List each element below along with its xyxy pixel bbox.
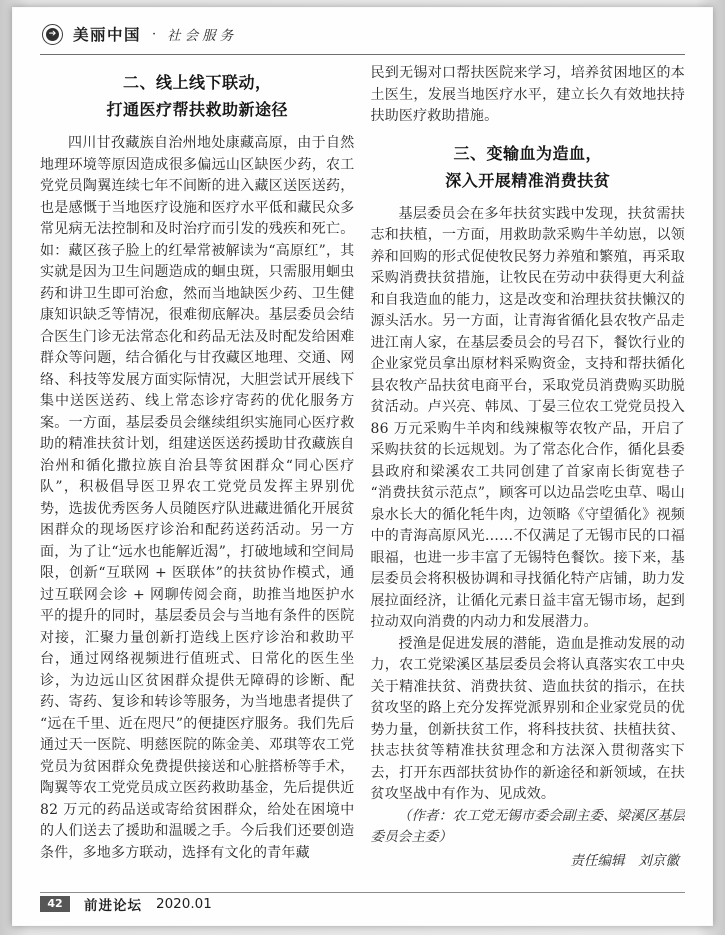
article-body: 二、线上线下联动， 打通医疗帮扶救助新途径 四川甘孜藏族自治州地处康藏高原，由于…: [40, 63, 685, 892]
left-column: 二、线上线下联动， 打通医疗帮扶救助新途径 四川甘孜藏族自治州地处康藏高原，由于…: [40, 63, 355, 892]
magazine-brand: 美丽中国: [73, 23, 141, 45]
page-header: ➔ 美丽中国 · 社会服务: [40, 21, 685, 55]
section-label: 社会服务: [167, 24, 237, 44]
page-number-badge: 42: [40, 896, 70, 912]
article-paragraph-left: 四川甘孜藏族自治州地处康藏高原，由于自然地理环境等原因造成很多偏远山区缺医少药，…: [40, 133, 355, 864]
author-note: （作者：农工党无锡市委会副主委、梁溪区基层委员会主委）: [371, 806, 686, 849]
header-separator: ·: [152, 27, 156, 42]
section-heading-3-line2: 深入开展精准消费扶贫: [371, 167, 686, 194]
article-paragraph-continuation: 民到无锡对口帮扶医院来学习，培养贫困地区的本土医生，发展当地医疗水平，建立长久有…: [371, 63, 686, 128]
section-heading-2: 二、线上线下联动， 打通医疗帮扶救助新途径: [40, 69, 355, 123]
section-heading-2-line1: 二、线上线下联动，: [40, 69, 355, 96]
article-paragraph-right-2: 授渔是促进发展的潜能，造血是推动发展的动力，农工党梁溪区基层委员会将认真落实农工…: [371, 634, 686, 806]
magazine-page: ➔ 美丽中国 · 社会服务 二、线上线下联动， 打通医疗帮扶救助新途径 四川甘孜…: [12, 7, 713, 926]
section-heading-2-line2: 打通医疗帮扶救助新途径: [40, 96, 355, 123]
page-footer: 42 前进论坛 2020.01: [40, 892, 685, 916]
journal-title: 前进论坛: [84, 894, 142, 914]
issue-date: 2020.01: [156, 896, 212, 912]
article-paragraph-right-1: 基层委员会在多年扶贫实践中发现，扶贫需扶志和扶植，一方面，用救助款采购牛羊幼崽，…: [371, 204, 686, 634]
editor-credit: 责任编辑 刘京徽: [371, 851, 680, 873]
section-heading-3: 三、变输血为造血， 深入开展精准消费扶贫: [371, 140, 686, 194]
section-heading-3-line1: 三、变输血为造血，: [371, 140, 686, 167]
arrow-circle-icon: ➔: [42, 24, 63, 45]
right-column: 民到无锡对口帮扶医院来学习，培养贫困地区的本土医生，发展当地医疗水平，建立长久有…: [371, 63, 686, 892]
arrow-glyph: ➔: [46, 28, 59, 41]
scan-background: ➔ 美丽中国 · 社会服务 二、线上线下联动， 打通医疗帮扶救助新途径 四川甘孜…: [0, 0, 725, 935]
